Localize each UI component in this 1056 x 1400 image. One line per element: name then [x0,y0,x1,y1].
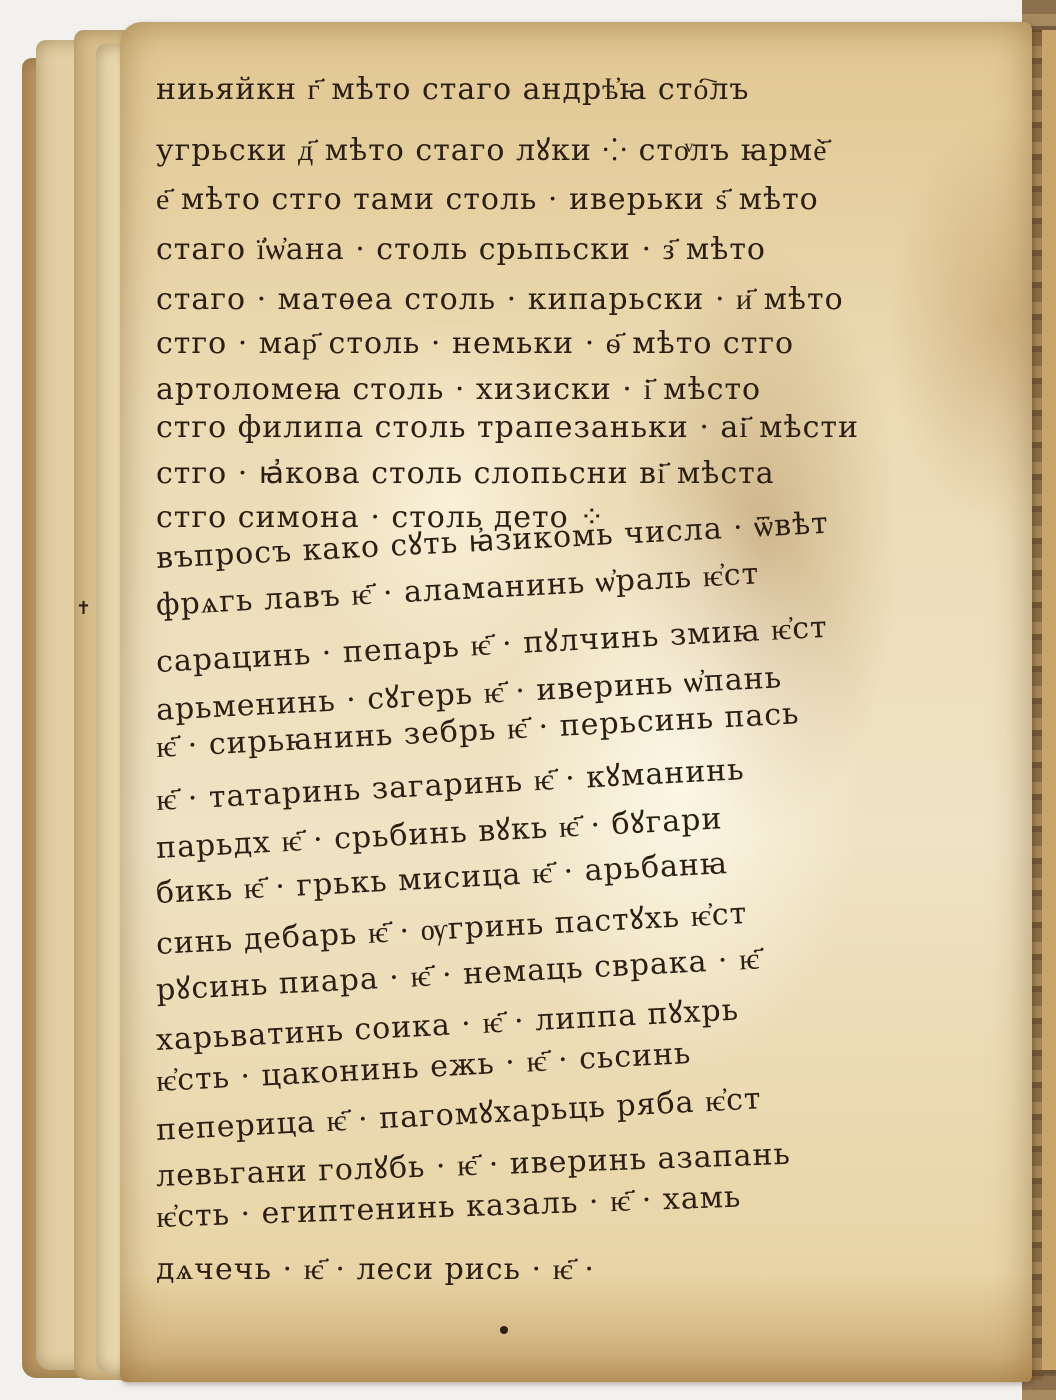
text-line: е҃ мѣто стго тами столь · иверьки ѕ҃ мѣт… [156,182,819,217]
facing-page-edge [1042,30,1056,1370]
manuscript-book: ✝ ниьяйкн г҃ мѣто стаго андрѣ҆ꙗ сто҇лъ у… [0,0,1056,1400]
text-line: стго · ꙗ҆кова столь слопьсни ві҃ мѣста [156,456,775,491]
text-line: стго · мар҃ столь · немьки · ѳ҃ мѣто стг… [156,326,794,361]
text-line: дѧчечь · ѥ҃ · леси рись · ѥ҃ · [156,1252,595,1287]
manuscript-text: ниьяйкн г҃ мѣто стаго андрѣ҆ꙗ сто҇лъ угр… [156,0,1016,1400]
text-line: стго филипа столь трапезаньки · аі҃ мѣст… [156,410,859,445]
text-line: артоломеꙗ столь · хизиски · і҃ мѣсто [156,372,761,407]
text-line: ниьяйкн г҃ мѣто стаго андрѣ҆ꙗ сто҇лъ [156,72,749,107]
ink-dot [500,1326,508,1334]
text-line: стаго ї҆ѡ҆ана · столь срьпьски · з҃ мѣто [156,232,766,267]
text-line: угрьски д҃ мѣто стаго лꙋки ⁘ стоͮлъ ꙗрмѐ… [156,128,828,169]
margin-cross-mark: ✝ [76,598,91,619]
text-line: стаго · матѳеа столь · кипарьски · и҃ мѣ… [156,282,844,317]
